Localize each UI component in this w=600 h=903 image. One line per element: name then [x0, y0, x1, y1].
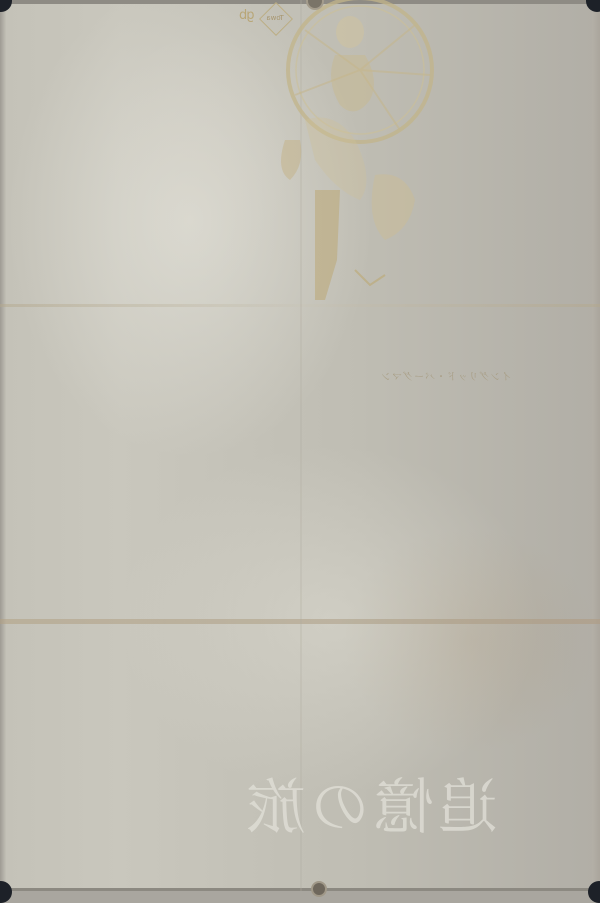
edge-left	[0, 0, 6, 891]
mounting-pin-icon	[588, 881, 600, 891]
illustration-showthrough	[265, 0, 435, 320]
edge-right	[592, 0, 600, 891]
mounting-pin-icon	[311, 881, 327, 891]
actress-name-showthrough: イングリッド・バーグマン	[380, 368, 511, 383]
portrait-showthrough	[110, 40, 290, 290]
mounting-pin-icon	[586, 0, 600, 12]
distributor-logo-left: gb	[240, 8, 255, 23]
mounting-pin-icon	[0, 0, 12, 12]
poster-back: gb Towa イングリッド・バーグマン 追憶の旅	[0, 0, 600, 891]
film-title-showthrough: 追憶の旅	[170, 760, 570, 846]
mounting-pin-icon	[0, 881, 12, 891]
